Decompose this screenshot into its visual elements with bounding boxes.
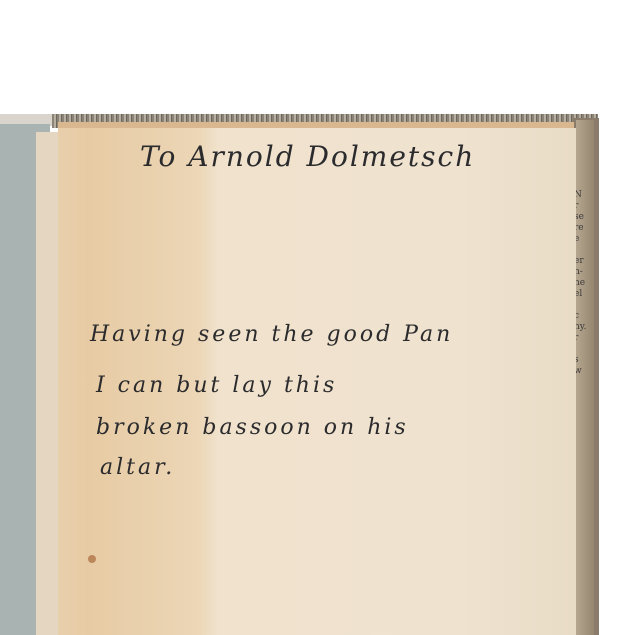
dedication-text: To Arnold Dolmetsch — [140, 140, 475, 173]
right-spine-text: N r se re e er n- ne el c ny. r s w — [574, 190, 588, 377]
inscription-line-2: I can but lay this — [96, 373, 337, 398]
inscription-line-3: broken bassoon on his — [96, 415, 409, 440]
inscription-line-4: altar. — [100, 455, 175, 480]
inscription-line-1: Having seen the good Pan — [90, 322, 453, 347]
foxing-stain — [88, 555, 96, 563]
